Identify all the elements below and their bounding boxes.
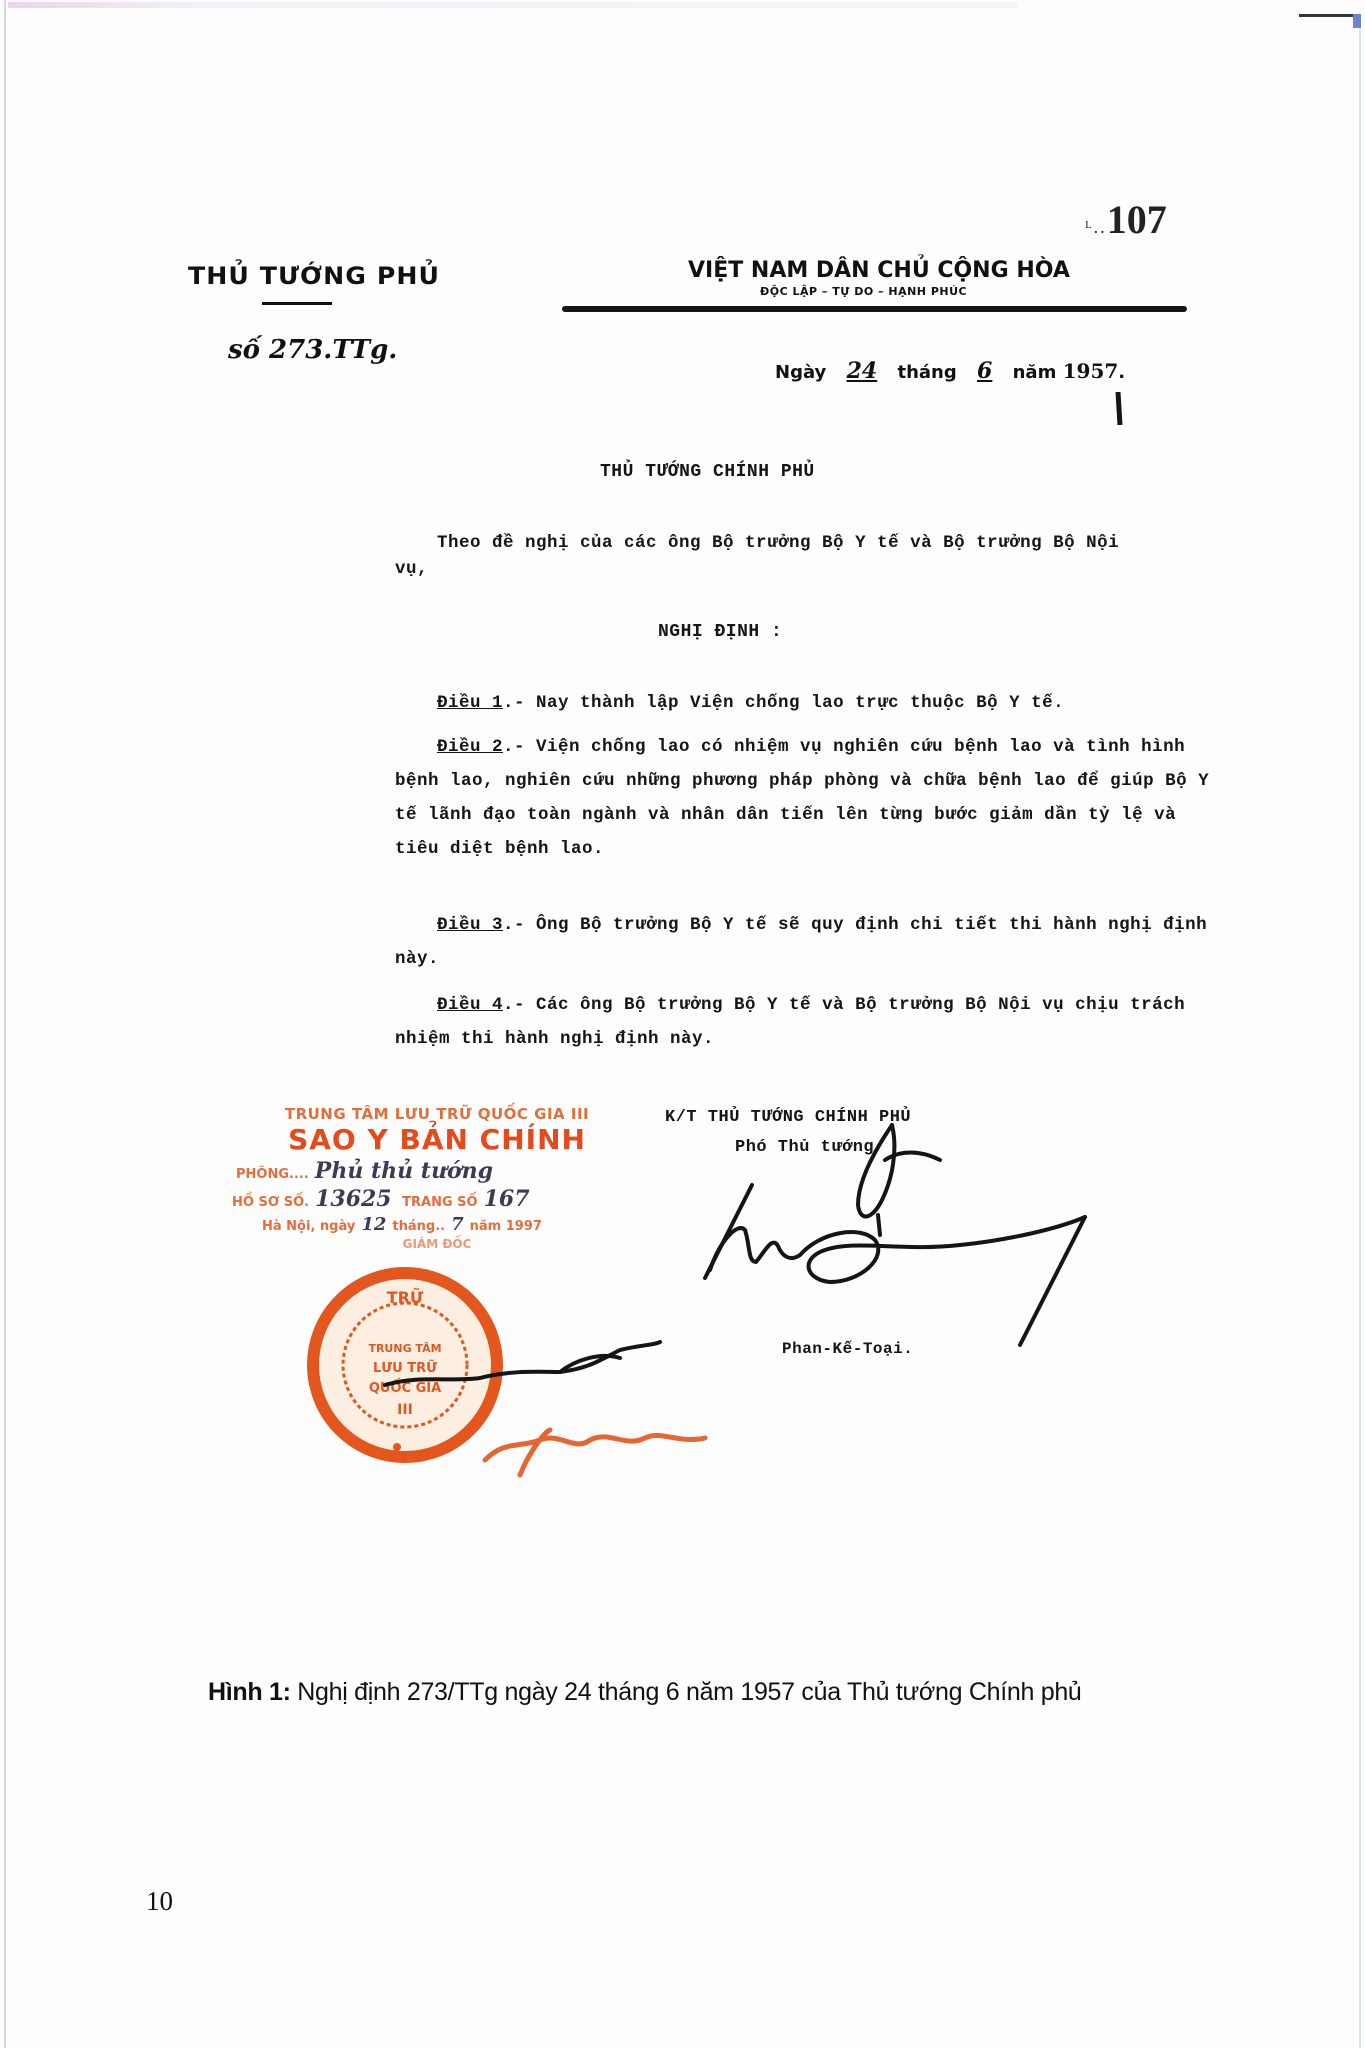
svg-text:III: III <box>397 1402 413 1418</box>
svg-text:LƯU TRỮ: LƯU TRỮ <box>373 1360 437 1376</box>
caption-text: Nghị định 273/TTg ngày 24 tháng 6 năm 19… <box>291 1678 1082 1706</box>
deputy-pm-signature <box>705 1125 1085 1345</box>
signatures-and-seal: TRỮ TRUNG TÂM LƯU TRỮ QUỐC GIA III <box>0 0 1365 2048</box>
caption-label: Hình 1: <box>208 1678 291 1706</box>
svg-text:TRUNG TÂM: TRUNG TÂM <box>368 1342 441 1355</box>
date-pen-mark <box>1118 392 1120 425</box>
svg-text:TRỮ: TRỮ <box>387 1288 424 1307</box>
figure-caption: Hình 1: Nghị định 273/TTg ngày 24 tháng … <box>208 1678 1082 1707</box>
page-number: 10 <box>146 1886 173 1917</box>
official-seal: TRỮ TRUNG TÂM LƯU TRỮ QUỐC GIA III <box>313 1273 497 1457</box>
director-name-handwriting <box>485 1430 705 1475</box>
